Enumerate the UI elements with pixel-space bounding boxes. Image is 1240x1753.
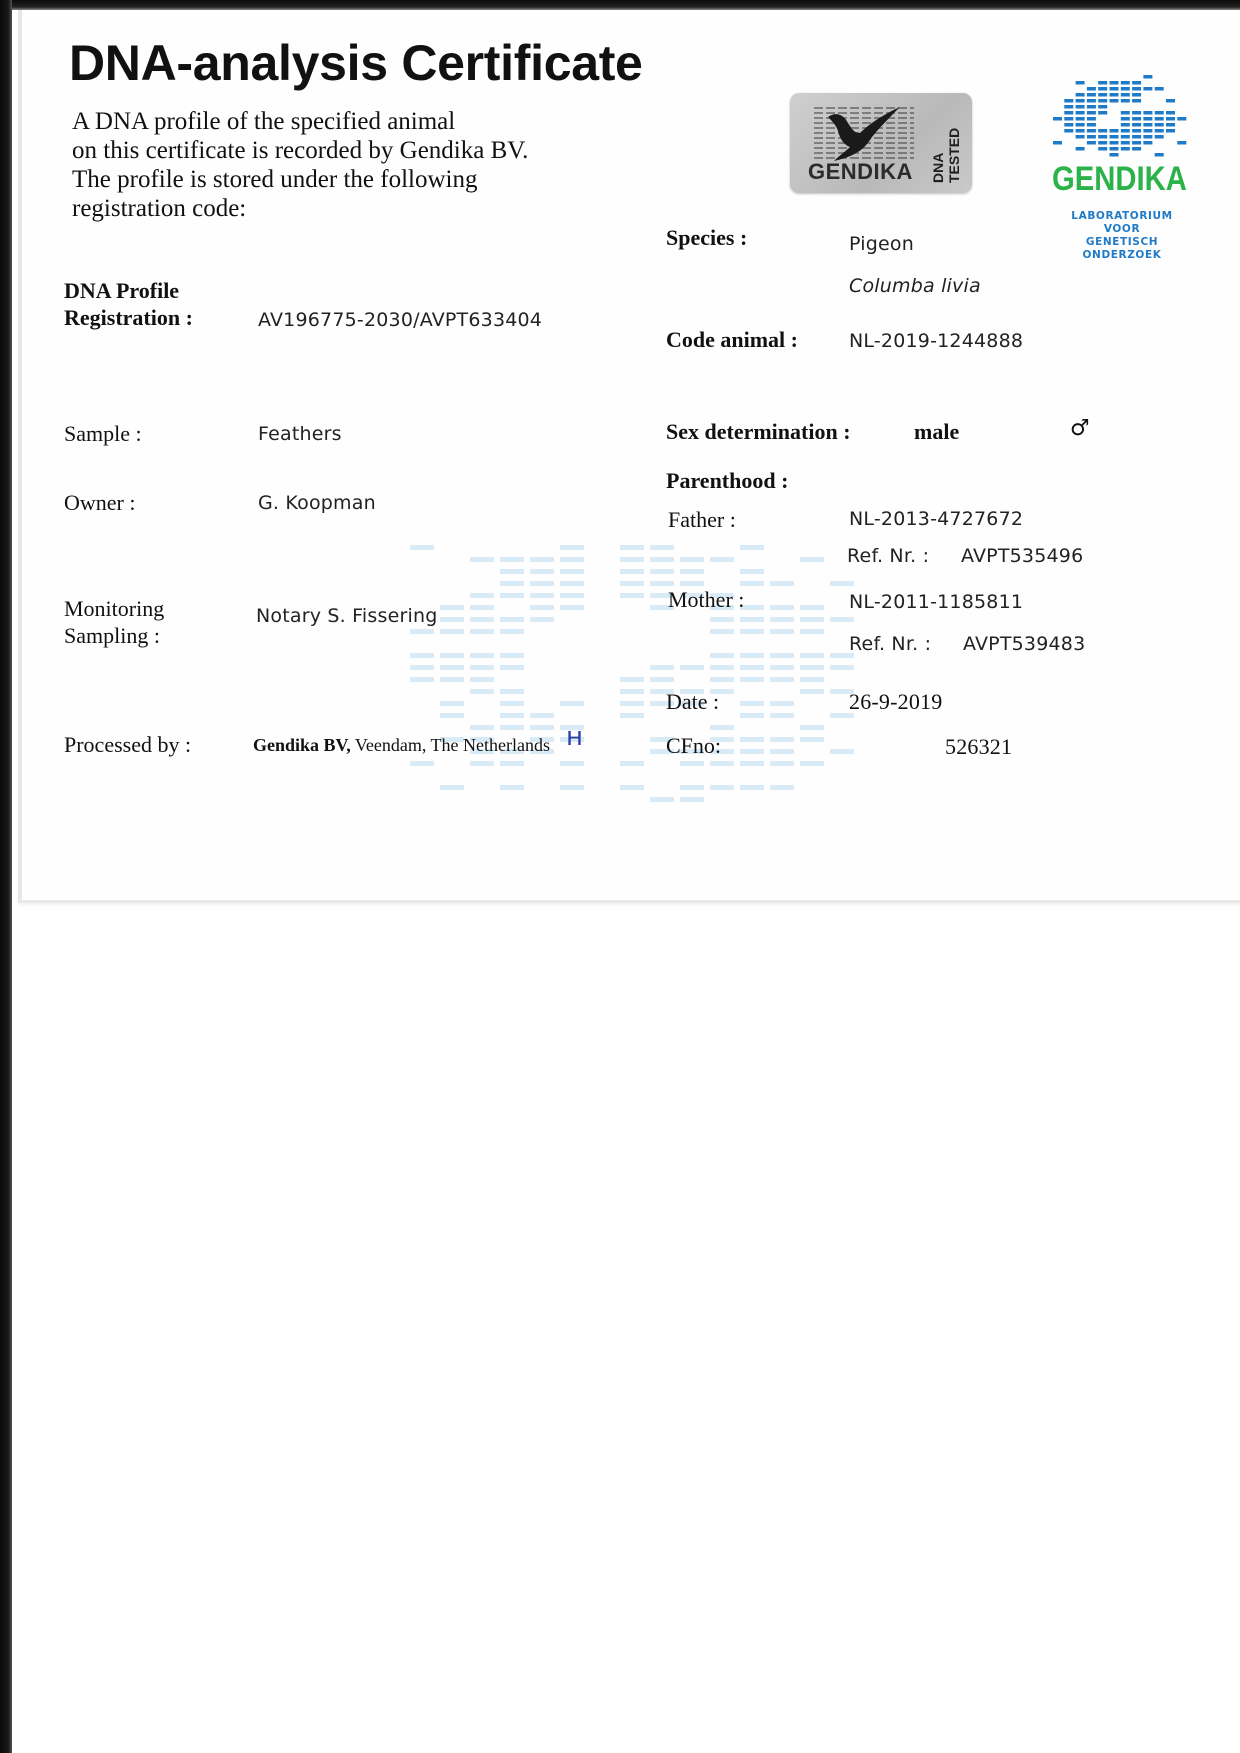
owner-label: Owner : bbox=[64, 490, 135, 516]
monitoring-label: Monitoring bbox=[64, 596, 164, 622]
certificate-title: DNA-analysis Certificate bbox=[69, 34, 643, 92]
monitoring-label-2: Sampling : bbox=[64, 623, 160, 649]
scan-left-edge bbox=[0, 0, 12, 1753]
dna-watermark-pattern bbox=[410, 545, 870, 815]
code-animal-label: Code animal : bbox=[666, 327, 798, 353]
processed-by-label: Processed by : bbox=[64, 732, 191, 758]
sex-determination-label: Sex determination : bbox=[666, 419, 851, 445]
sex-determination-value: male bbox=[914, 419, 959, 445]
intro-line: A DNA profile of the specified animal bbox=[72, 107, 572, 136]
species-common-value: Pigeon bbox=[849, 233, 914, 255]
logo-subtitle-line: LABORATORIUM VOOR bbox=[1054, 210, 1190, 236]
intro-line: registration code: bbox=[72, 194, 572, 223]
scan-top-edge bbox=[0, 0, 1240, 10]
signature-mark: ʜ bbox=[566, 722, 583, 752]
father-label: Father : bbox=[668, 507, 736, 533]
date-value: 26-9-2019 bbox=[849, 689, 942, 715]
species-label: Species : bbox=[666, 225, 747, 251]
mother-label: Mother : bbox=[668, 587, 744, 613]
sticker-brand-text: GENDIKA bbox=[808, 159, 913, 185]
father-ref-value: AVPT535496 bbox=[961, 545, 1083, 567]
sample-value: Feathers bbox=[258, 423, 342, 445]
bird-icon bbox=[824, 103, 904, 163]
male-symbol-icon: ♂ bbox=[1070, 416, 1090, 441]
sticker-side-text: DNA TESTED bbox=[930, 128, 962, 183]
processed-by-location: Veendam, The Netherlands bbox=[351, 735, 550, 755]
sample-label: Sample : bbox=[64, 421, 142, 447]
monitoring-value: Notary S. Fissering bbox=[256, 605, 437, 627]
mother-ref-value: AVPT539483 bbox=[963, 633, 1085, 655]
gendika-logo-wordmark: GENDIKA bbox=[1052, 160, 1187, 199]
cfno-value: 526321 bbox=[945, 734, 1012, 760]
intro-line: The profile is stored under the followin… bbox=[72, 165, 572, 194]
code-animal-value: NL-2019-1244888 bbox=[849, 330, 1023, 352]
father-ref-label: Ref. Nr. : bbox=[847, 545, 929, 567]
dna-profile-label: DNA Profile bbox=[64, 278, 179, 304]
gendika-logo-icon bbox=[1053, 75, 1189, 159]
certificate-intro: A DNA profile of the specified animal on… bbox=[72, 107, 572, 223]
intro-line: on this certificate is recorded by Gendi… bbox=[72, 136, 572, 165]
parenthood-label: Parenthood : bbox=[666, 468, 788, 494]
processed-by-value: Gendika BV, Veendam, The Netherlands bbox=[253, 735, 550, 756]
owner-value: G. Koopman bbox=[258, 492, 376, 514]
father-value: NL-2013-4727672 bbox=[849, 508, 1023, 530]
species-latin-value: Columba livia bbox=[849, 275, 981, 297]
date-label: Date : bbox=[666, 689, 719, 715]
dna-profile-label-2: Registration : bbox=[64, 305, 193, 331]
processed-by-company: Gendika BV, bbox=[253, 735, 351, 755]
mother-ref-label: Ref. Nr. : bbox=[849, 633, 931, 655]
mother-value: NL-2011-1185811 bbox=[849, 591, 1023, 613]
cfno-label: CFno: bbox=[666, 733, 721, 759]
dna-tested-sticker: GENDIKA DNA TESTED bbox=[790, 93, 972, 193]
gendika-logo-subtitle: LABORATORIUM VOOR GENETISCH ONDERZOEK bbox=[1054, 210, 1190, 262]
dna-profile-value: AV196775-2030/AVPT633404 bbox=[258, 309, 542, 331]
logo-subtitle-line: GENETISCH ONDERZOEK bbox=[1054, 236, 1190, 262]
